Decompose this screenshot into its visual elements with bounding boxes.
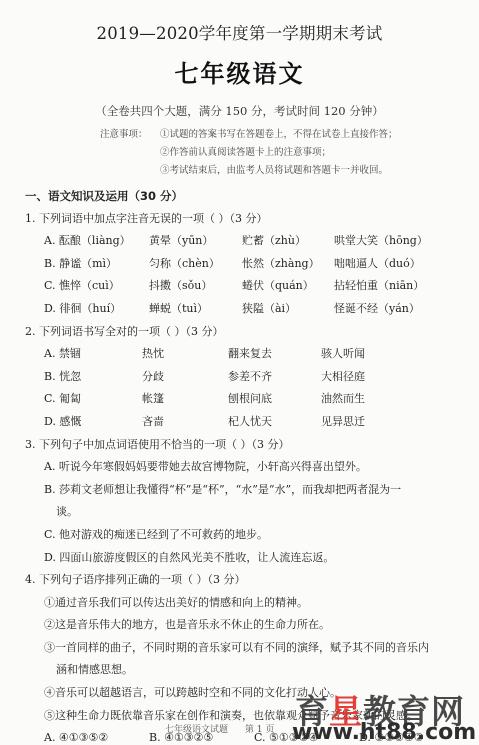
- option-cell: C. 匍匐: [44, 388, 142, 411]
- page-footer: 七年级语文试题 第 1 页: [165, 722, 288, 735]
- option-cell: 翻来复去: [228, 343, 321, 366]
- question-4-sentence-2: ②这是音乐伟大的地方，也是音乐永不休止的生命力所在。: [25, 614, 475, 637]
- option-cell: 贮蓄（zhù）: [242, 230, 334, 253]
- question-1-stem: 1. 下列词语中加点字注音无误的一项（ ）（3 分）: [25, 208, 475, 231]
- option-cell: 骇人听闻: [321, 343, 365, 366]
- option-cell: 蜷伏（quán）: [242, 275, 334, 298]
- option-cell: 狭隘（ài）: [242, 298, 334, 321]
- option-cell: D. 感慨: [44, 411, 142, 434]
- watermark: 育星教育网 www.ht88.com: [290, 680, 479, 745]
- option-cell: 见异思迁: [321, 411, 365, 434]
- option-cell: 热忱: [142, 343, 228, 366]
- option-cell: 大相径庭: [321, 366, 365, 389]
- question-2-stem: 2. 下列词语书写全对的一项（ ）（3 分）: [25, 321, 475, 344]
- question-4-sentence-3-continued: 涵和情感思想。: [25, 659, 475, 682]
- option-cell: 蝉蜕（tuì）: [149, 298, 242, 321]
- option-cell: 帐篷: [142, 388, 228, 411]
- question-1-option-d: D. 徘徊（huí） 蝉蜕（tuì） 狭隘（ài） 怪诞不经（yán）: [25, 298, 475, 321]
- question-3-option-d: D. 四面山旅游度假区的自然风光美不胜收，让人流连忘返。: [25, 547, 475, 570]
- exam-subject-title: 七年级语文: [0, 54, 479, 89]
- question-2-option-b: B. 恍忽 分歧 参差不齐 大相径庭: [25, 366, 475, 389]
- section-title: 一、语文知识及运用（30 分）: [25, 185, 475, 208]
- option-cell: 黄晕（yūn）: [149, 230, 242, 253]
- question-3-option-b-continued: 谈。: [25, 501, 475, 524]
- exam-content: 一、语文知识及运用（30 分） 1. 下列词语中加点字注音无误的一项（ ）（3 …: [25, 185, 475, 745]
- option-cell: A. 禁锢: [44, 343, 142, 366]
- question-4-sentence-1: ①通过音乐我们可以传达出美好的情感和向上的精神。: [25, 592, 475, 615]
- option-cell: 吝啬: [142, 411, 228, 434]
- question-3-option-c: C. 他对游戏的痴迷已经到了不可救药的地步。: [25, 524, 475, 547]
- option-cell: 怪诞不经（yán）: [334, 298, 420, 321]
- exam-info: （全卷共四个大题，满分 150 分，考试时间 120 分钟）: [0, 103, 479, 119]
- option-cell: 抖擞（sǒu）: [149, 275, 242, 298]
- footer-subject: 七年级语文试题: [165, 725, 228, 735]
- option-cell: 分歧: [142, 366, 228, 389]
- question-2-option-d: D. 感慨 吝啬 杞人忧天 见异思迁: [25, 411, 475, 434]
- option-cell: 怅然（zhàng）: [242, 253, 334, 276]
- option-cell: 油然而生: [321, 388, 365, 411]
- option-cell: 参差不齐: [228, 366, 321, 389]
- option-cell: 刨根问底: [228, 388, 321, 411]
- note-item: ②作答前认真阅读答题卡上的注意事项；: [160, 144, 398, 162]
- question-2-option-c: C. 匍匐 帐篷 刨根问底 油然而生: [25, 388, 475, 411]
- question-3-option-a: A. 听说今年寒假妈妈要带她去故宫博物院，小轩高兴得喜出望外。: [25, 456, 475, 479]
- question-4-sentence-3: ③一首同样的曲子，不同时期的音乐家可以有不同的演绎，赋予其不同的音乐内: [25, 637, 475, 660]
- option-cell: D. 徘徊（huí）: [44, 298, 149, 321]
- option-cell: 咄咄逼人（duó）: [334, 253, 421, 276]
- question-3-option-b: B. 莎莉文老师想让我懂得“杯”是“杯”，“水”是“水”，而我却把两者混为一: [25, 479, 475, 502]
- note-item: ①试题的答案书写在答题卷上，不得在试卷上直接作答；: [160, 126, 398, 144]
- exam-notes: 注意事项： ①试题的答案书写在答题卷上，不得在试卷上直接作答； ②作答前认真阅读…: [100, 126, 398, 180]
- option-cell: 拈轻怕重（niān）: [334, 275, 424, 298]
- question-1-option-c: C. 憔悴（cuì） 抖擞（sǒu） 蜷伏（quán） 拈轻怕重（niān）: [25, 275, 475, 298]
- question-2-option-a: A. 禁锢 热忱 翻来复去 骇人听闻: [25, 343, 475, 366]
- option-cell: 哄堂大笑（hōng）: [334, 230, 428, 253]
- option-cell: C. 憔悴（cuì）: [44, 275, 149, 298]
- option-cell: 匀称（chèn）: [149, 253, 242, 276]
- question-1-option-a: A. 酝酿（liàng） 黄晕（yūn） 贮蓄（zhù） 哄堂大笑（hōng）: [25, 230, 475, 253]
- question-4-stem: 4. 下列句子语序排列正确的一项（ ）（3 分）: [25, 569, 475, 592]
- notes-label: 注意事项：: [100, 126, 160, 144]
- watermark-url: www.ht88.com: [292, 720, 476, 745]
- exam-page: 2019—2020学年度第一学期期末考试 七年级语文 （全卷共四个大题，满分 1…: [0, 0, 479, 745]
- option-cell: B. 恍忽: [44, 366, 142, 389]
- option-cell: 杞人忧天: [228, 411, 321, 434]
- option-cell: A. 酝酿（liàng）: [44, 230, 149, 253]
- question-3-stem: 3. 下列句子中加点词语使用不恰当的一项（ ）（3 分）: [25, 434, 475, 457]
- exam-term-title: 2019—2020学年度第一学期期末考试: [0, 20, 479, 44]
- question-1-option-b: B. 静谧（mì） 匀称（chèn） 怅然（zhàng） 咄咄逼人（duó）: [25, 253, 475, 276]
- footer-page-number: 第 1 页: [245, 725, 274, 735]
- note-item: ③考试结束后，由监考人员将试题和答题卡一并收回。: [160, 162, 398, 180]
- option-cell: B. 静谧（mì）: [44, 253, 149, 276]
- answer-option-a: A. ④①③⑤②: [44, 727, 149, 745]
